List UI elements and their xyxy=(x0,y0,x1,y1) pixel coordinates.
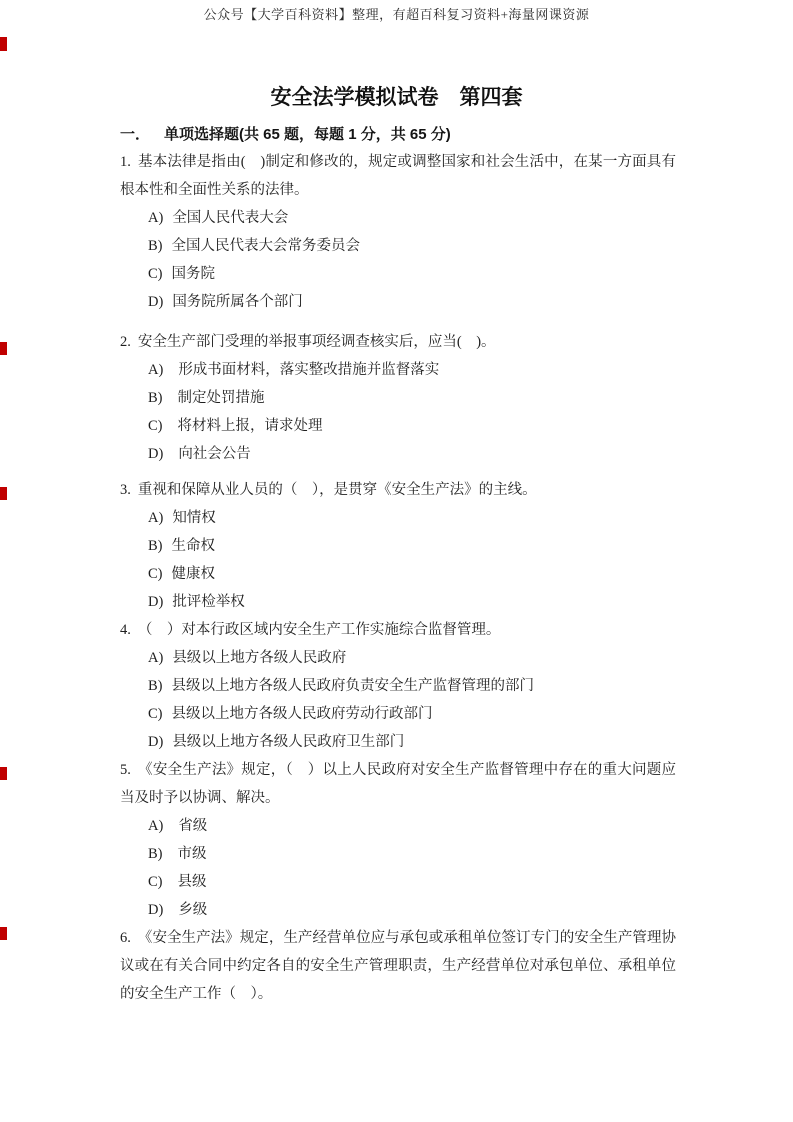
question-5-option-a: A)省级 xyxy=(120,812,676,840)
question-4-option-c: C)县级以上地方各级人民政府劳动行政部门 xyxy=(120,700,676,728)
red-annotation-mark xyxy=(0,37,7,51)
exam-content: 一．单项选择题(共 65 题，每题 1 分，共 65 分) 1.基本法律是指由(… xyxy=(120,122,676,1008)
question-5-text: 5.《安全生产法》规定，（ ）以上人民政府对安全生产监督管理中存在的重大问题应当… xyxy=(120,756,676,812)
question-2-text: 2.安全生产部门受理的举报事项经调查核实后，应当( )。 xyxy=(120,328,676,356)
question-1-body: 基本法律是指由( )制定和修改的，规定或调整国家和社会生活中，在某一方面具有根本… xyxy=(120,154,676,198)
question-2-body: 安全生产部门受理的举报事项经调查核实后，应当( )。 xyxy=(138,334,496,350)
question-4-option-b: B)县级以上地方各级人民政府负责安全生产监督管理的部门 xyxy=(120,672,676,700)
question-3-text: 3.重视和保障从业人员的（ ），是贯穿《安全生产法》的主线。 xyxy=(120,476,676,504)
question-1-number: 1. xyxy=(120,154,131,170)
red-annotation-mark xyxy=(0,342,7,355)
question-2-number: 2. xyxy=(120,334,131,350)
question-3-option-a: A)知情权 xyxy=(120,504,676,532)
question-6: 6.《安全生产法》规定，生产经营单位应与承包或承租单位签订专门的安全生产管理协议… xyxy=(120,924,676,1008)
exam-document-page: 公众号【大学百科资料】整理，有超百科复习资料+海量网课资源 安全法学模拟试卷 第… xyxy=(0,0,793,1122)
question-4-text: 4.（ ）对本行政区域内安全生产工作实施综合监督管理。 xyxy=(120,616,676,644)
question-5-option-d: D)乡级 xyxy=(120,896,676,924)
question-3: 3.重视和保障从业人员的（ ），是贯穿《安全生产法》的主线。 A)知情权 B)生… xyxy=(120,476,676,616)
question-5-option-b: B)市级 xyxy=(120,840,676,868)
question-4-number: 4. xyxy=(120,622,131,638)
question-4-body: （ ）对本行政区域内安全生产工作实施综合监督管理。 xyxy=(138,622,501,638)
question-1: 1.基本法律是指由( )制定和修改的，规定或调整国家和社会生活中，在某一方面具有… xyxy=(120,148,676,316)
page-title: 安全法学模拟试卷 第四套 xyxy=(0,83,793,113)
question-5-number: 5. xyxy=(120,762,131,778)
red-annotation-mark xyxy=(0,487,7,500)
question-2-option-c: C)将材料上报，请求处理 xyxy=(120,412,676,440)
question-3-body: 重视和保障从业人员的（ ），是贯穿《安全生产法》的主线。 xyxy=(138,482,537,498)
question-3-option-b: B)生命权 xyxy=(120,532,676,560)
question-5-body: 《安全生产法》规定，（ ）以上人民政府对安全生产监督管理中存在的重大问题应当及时… xyxy=(120,762,676,806)
question-6-text: 6.《安全生产法》规定，生产经营单位应与承包或承租单位签订专门的安全生产管理协议… xyxy=(120,924,676,1008)
red-annotation-mark xyxy=(0,927,7,940)
question-6-number: 6. xyxy=(120,930,131,946)
question-6-body: 《安全生产法》规定，生产经营单位应与承包或承租单位签订专门的安全生产管理协议或在… xyxy=(120,930,676,1002)
question-2-option-d: D)向社会公告 xyxy=(120,440,676,468)
section-number: 一． xyxy=(120,126,150,143)
question-1-option-a: A)全国人民代表大会 xyxy=(120,204,676,232)
red-annotation-mark xyxy=(0,767,7,780)
question-1-option-c: C)国务院 xyxy=(120,260,676,288)
question-5: 5.《安全生产法》规定，（ ）以上人民政府对安全生产监督管理中存在的重大问题应当… xyxy=(120,756,676,924)
question-3-option-d: D)批评检举权 xyxy=(120,588,676,616)
question-1-text: 1.基本法律是指由( )制定和修改的，规定或调整国家和社会生活中，在某一方面具有… xyxy=(120,148,676,204)
question-1-option-b: B)全国人民代表大会常务委员会 xyxy=(120,232,676,260)
question-4: 4.（ ）对本行政区域内安全生产工作实施综合监督管理。 A)县级以上地方各级人民… xyxy=(120,616,676,756)
question-3-option-c: C)健康权 xyxy=(120,560,676,588)
section-title: 单项选择题(共 65 题，每题 1 分，共 65 分) xyxy=(164,126,451,143)
question-1-option-d: D)国务院所属各个部门 xyxy=(120,288,676,316)
question-5-option-c: C)县级 xyxy=(120,868,676,896)
question-3-number: 3. xyxy=(120,482,131,498)
question-4-option-a: A)县级以上地方各级人民政府 xyxy=(120,644,676,672)
page-header-promo-text: 公众号【大学百科资料】整理，有超百科复习资料+海量网课资源 xyxy=(0,6,793,24)
question-2: 2.安全生产部门受理的举报事项经调查核实后，应当( )。 A)形成书面材料，落实… xyxy=(120,328,676,468)
question-4-option-d: D)县级以上地方各级人民政府卫生部门 xyxy=(120,728,676,756)
section-heading: 一．单项选择题(共 65 题，每题 1 分，共 65 分) xyxy=(120,122,676,148)
question-2-option-a: A)形成书面材料，落实整改措施并监督落实 xyxy=(120,356,676,384)
question-2-option-b: B)制定处罚措施 xyxy=(120,384,676,412)
